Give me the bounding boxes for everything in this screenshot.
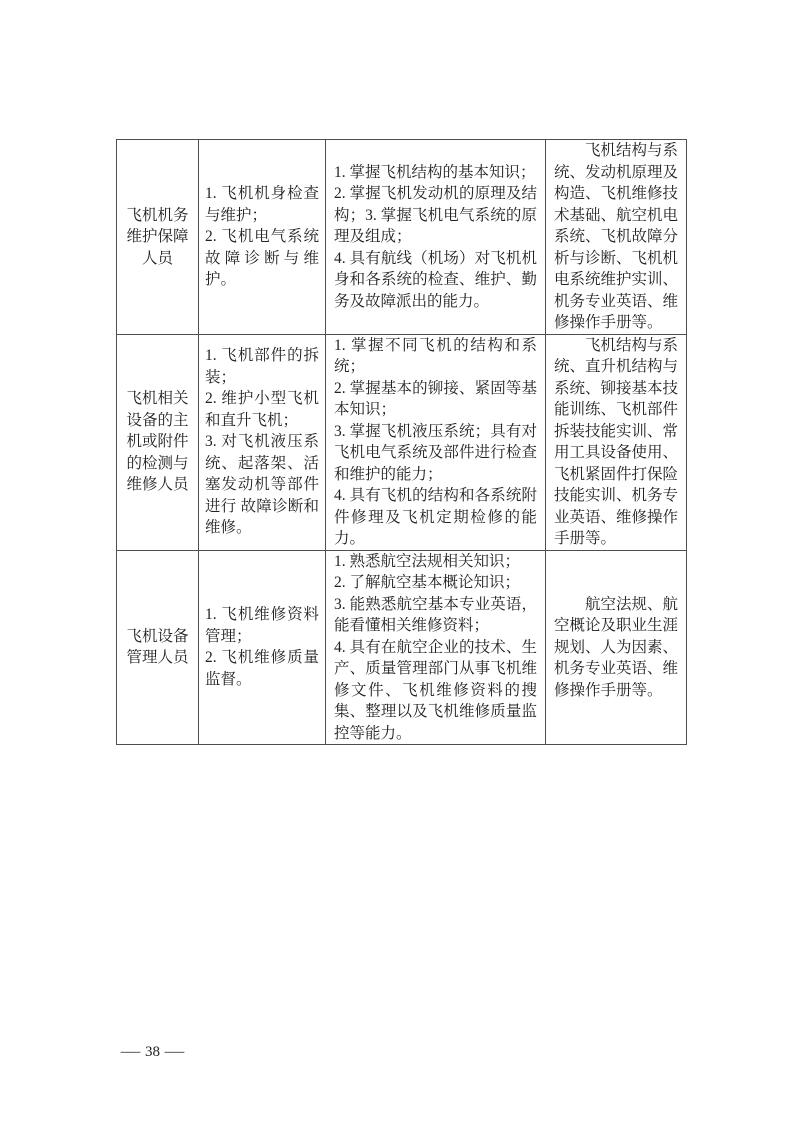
task-item: 1. 飞机维修资料管理；: [205, 604, 319, 647]
table-row: 飞机机务维护保障人员 1. 飞机机身检查与维护； 2. 飞机电气系统故障诊断与维…: [117, 140, 687, 335]
task-item: 2. 飞机电气系统故障诊断与维护。: [205, 226, 319, 291]
requirement-item: 2. 掌握飞机发动机的原理及结构；3. 掌握飞机电气系统的原理及组成；: [334, 183, 537, 248]
requirements-cell: 1. 熟悉航空法规相关知识； 2. 了解航空基本概论知识； 3. 能熟悉航空基本…: [326, 550, 546, 745]
tasks-cell: 1. 飞机维修资料管理； 2. 飞机维修质量监督。: [199, 550, 326, 745]
role-text: 飞机设备管理人员: [124, 626, 191, 669]
role-cell: 飞机机务维护保障人员: [117, 140, 199, 335]
page-footer: — 38 —: [123, 1043, 182, 1062]
requirement-item: 3. 掌握飞机液压系统；具有对飞机电气系统及部件进行检查和维护的能力；: [334, 421, 537, 486]
courses-cell: 飞机结构与系统、直升机结构与系统、铆接基本技能训练、飞机部件拆装技能实训、常用工…: [546, 334, 687, 550]
role-cell: 飞机相关设备的主机或附件的检测与维修人员: [117, 334, 199, 550]
task-item: 2. 维护小型飞机和直升飞机；: [205, 388, 319, 431]
requirement-item: 1. 掌握飞机结构的基本知识；: [334, 162, 537, 184]
requirement-item: 4. 具有在航空企业的技术、生产、质量管理部门从事飞机维修文件、飞机维修资料的搜…: [334, 637, 537, 745]
role-text: 飞机相关设备的主机或附件的检测与维修人员: [124, 388, 191, 496]
requirement-item: 1. 熟悉航空法规相关知识；: [334, 551, 537, 573]
courses-text: 飞机结构与系统、直升机结构与系统、铆接基本技能训练、飞机部件拆装技能实训、常用工…: [554, 335, 678, 550]
tasks-cell: 1. 飞机机身检查与维护； 2. 飞机电气系统故障诊断与维护。: [199, 140, 326, 335]
requirement-item: 4. 具有飞机的结构和各系统附件修理及飞机定期检修的能力。: [334, 485, 537, 550]
requirement-item: 2. 掌握基本的铆接、紧固等基本知识；: [334, 378, 537, 421]
role-text: 飞机机务维护保障人员: [124, 205, 191, 270]
footer-right-dash: —: [165, 1043, 185, 1062]
personnel-training-table: 飞机机务维护保障人员 1. 飞机机身检查与维护； 2. 飞机电气系统故障诊断与维…: [116, 139, 687, 745]
courses-cell: 航空法规、航空概论及职业生涯规划、人为因素、机务专业英语、维修操作手册等。: [546, 550, 687, 745]
task-item: 3. 对飞机液压系统、起落架、活塞发动机等部件进行 故障诊断和维修。: [205, 431, 319, 539]
role-cell: 飞机设备管理人员: [117, 550, 199, 745]
task-item: 2. 飞机维修质量监督。: [205, 647, 319, 690]
courses-text: 飞机结构与系统、发动机原理及构造、飞机维修技术基础、航空机电系统、飞机故障分析与…: [554, 140, 678, 334]
requirements-cell: 1. 掌握不同飞机的结构和系统； 2. 掌握基本的铆接、紧固等基本知识； 3. …: [326, 334, 546, 550]
courses-cell: 飞机结构与系统、发动机原理及构造、飞机维修技术基础、航空机电系统、飞机故障分析与…: [546, 140, 687, 335]
footer-left-dash: —: [121, 1043, 141, 1062]
tasks-cell: 1. 飞机部件的拆装； 2. 维护小型飞机和直升飞机； 3. 对飞机液压系统、起…: [199, 334, 326, 550]
requirement-item: 3. 能熟悉航空基本专业英语，能看懂相关维修资料；: [334, 594, 537, 637]
task-item: 1. 飞机部件的拆装；: [205, 345, 319, 388]
page-number: 38: [145, 1043, 160, 1062]
document-page: 飞机机务维护保障人员 1. 飞机机身检查与维护； 2. 飞机电气系统故障诊断与维…: [0, 0, 793, 1122]
table-row: 飞机设备管理人员 1. 飞机维修资料管理； 2. 飞机维修质量监督。 1. 熟悉…: [117, 550, 687, 745]
requirement-item: 4. 具有航线（机场）对飞机机身和各系统的检查、维护、勤务及故障派出的能力。: [334, 248, 537, 313]
requirement-item: 2. 了解航空基本概论知识；: [334, 572, 537, 594]
courses-text: 航空法规、航空概论及职业生涯规划、人为因素、机务专业英语、维修操作手册等。: [554, 594, 678, 702]
task-item: 1. 飞机机身检查与维护；: [205, 183, 319, 226]
table-row: 飞机相关设备的主机或附件的检测与维修人员 1. 飞机部件的拆装； 2. 维护小型…: [117, 334, 687, 550]
requirement-item: 1. 掌握不同飞机的结构和系统；: [334, 335, 537, 378]
requirements-cell: 1. 掌握飞机结构的基本知识； 2. 掌握飞机发动机的原理及结构；3. 掌握飞机…: [326, 140, 546, 335]
